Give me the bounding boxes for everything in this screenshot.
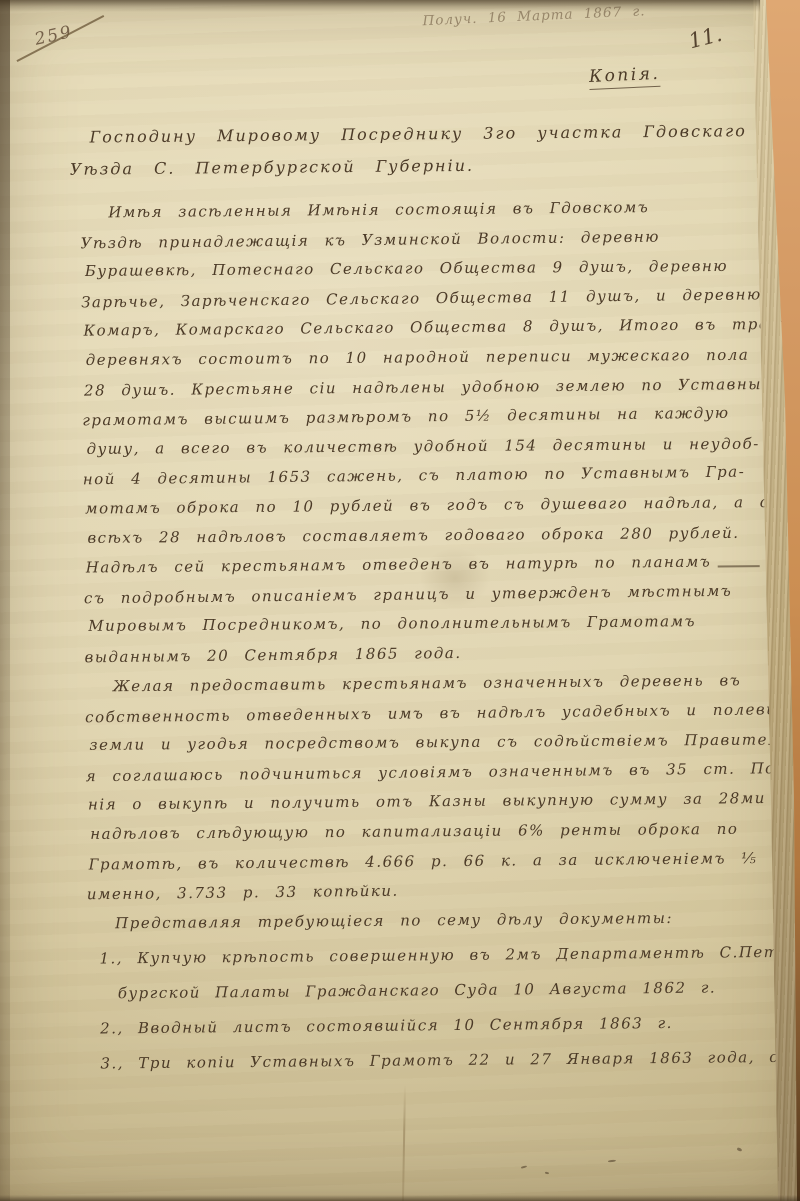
manuscript-photo: 259 Получ. 16 Марта 1867 г. 11. Копія. Г…	[0, 0, 800, 1201]
page-left-edge	[0, 0, 10, 1201]
page-number-slash	[16, 15, 104, 62]
page-bottom-edge	[0, 1195, 800, 1201]
address-block: Господину Мировому Посреднику 3го участк…	[69, 115, 747, 185]
page-top-edge	[0, 0, 760, 12]
document-list: 1., Купчую крѣпость совершенную въ 2мъ Д…	[99, 935, 790, 1082]
page-number: 259	[33, 22, 75, 50]
address-line: Господину Мировому Посреднику 3го участк…	[69, 115, 747, 154]
copy-label: Копія.	[589, 64, 661, 90]
paragraph-2: Желая предоставить крестьянамъ означенны…	[87, 666, 789, 909]
paragraph-1: Имѣя засѣленныя Имѣнія состоящія въ Гдов…	[82, 192, 787, 672]
manuscript-line: Представляя требующіеся по сему дѣлу док…	[89, 903, 789, 939]
paragraph-3: Представляя требующіеся по сему дѣлу док…	[89, 903, 789, 939]
manuscript-line: надѣловъ слѣдующую по капитализаціи 6% р…	[90, 814, 790, 849]
list-line: бургской Палаты Гражданскаго Суда 10 Авг…	[100, 970, 790, 1012]
list-line: 3., Три копіи Уставныхъ Грамотъ 22 и 27 …	[100, 1040, 790, 1082]
document-number: 11.	[686, 22, 724, 54]
manuscript-line: деревняхъ состоитъ по 10 народной перепи…	[86, 340, 786, 375]
address-line: Уѣзда С. Петербургской Губерніи.	[70, 147, 748, 186]
manuscript-content: 259 Получ. 16 Марта 1867 г. 11. Копія. Г…	[0, 0, 800, 1201]
